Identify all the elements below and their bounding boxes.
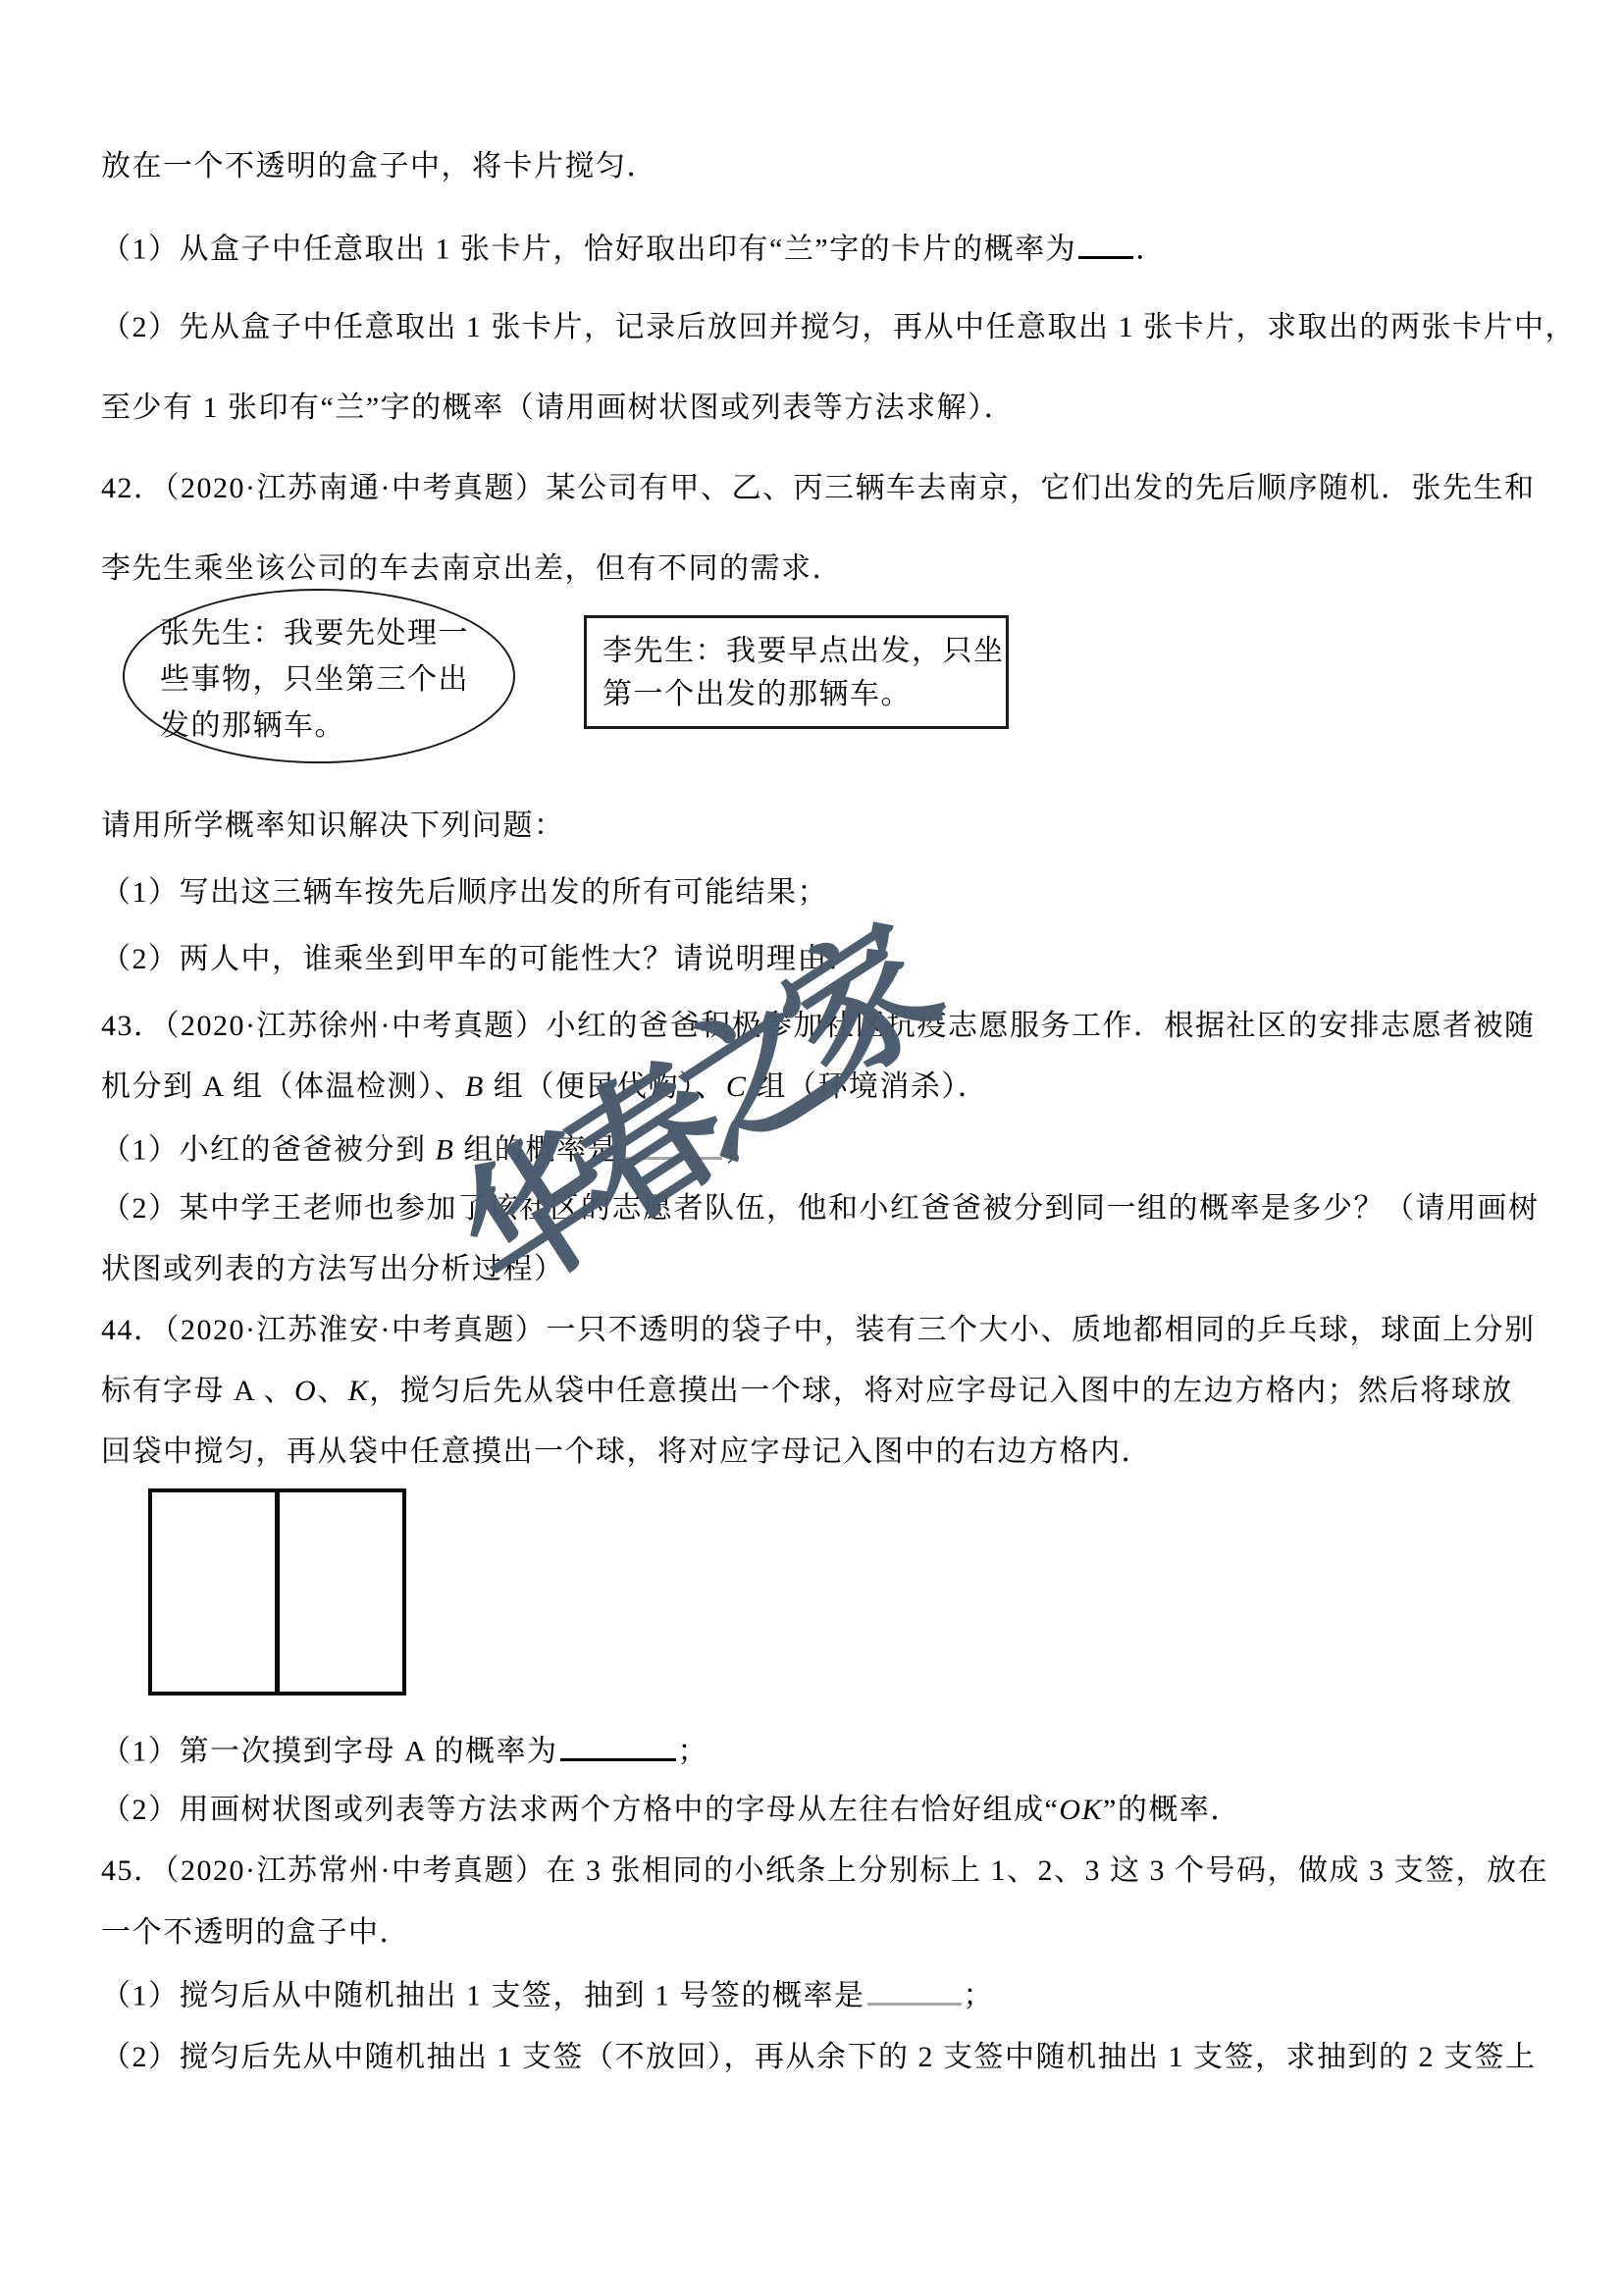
p44-l2-seg: ，搅匀后先从袋中任意摸出一个球，将对应字母记入图中的左边方格内；然后将球放 (369, 1375, 1513, 1407)
p45-header-line: 45．（2020·江苏常州·中考真题）在 3 张相同的小纸条上分别标上 1、2、… (101, 1852, 1548, 1891)
ball-letter-k: K (348, 1375, 370, 1407)
p43-question-2-line1: （2）某中学王老师也参加了该社区的志愿者队伍，他和小红爸爸被分到同一组的概率是多… (101, 1189, 1540, 1228)
group-letter-a: A (203, 1070, 225, 1103)
p44-q1-seg: （1）第一次摸到字母 (101, 1736, 404, 1768)
li-speech-text: 李先生：我要早点出发，只坐第一个出发的那辆车。 (602, 630, 1024, 716)
exam-paper-page: 放在一个不透明的盒子中，将卡片搅匀． （1）从盒子中任意取出 1 张卡片，恰好取… (0, 0, 1623, 2296)
p43-l2-seg: 组（体温检测）、 (224, 1070, 465, 1103)
p44-text-line2: 标有字母 A 、O、K，搅匀后先从袋中任意摸出一个球，将对应字母记入图中的左边方… (101, 1372, 1513, 1411)
p41-q1-period: ． (1135, 234, 1167, 266)
p45-question-2: （2）搅匀后先从中随机抽出 1 支签（不放回），再从余下的 2 支签中随机抽出 … (101, 2038, 1537, 2077)
ball-letter-a: A (404, 1736, 426, 1768)
group-letter-b: B (465, 1070, 485, 1103)
p42-header-line: 42．（2020·江苏南通·中考真题）某公司有甲、乙、丙三辆车去南京，它们出发的… (101, 469, 1535, 508)
p44-question-2: （2）用画树状图或列表等方法求两个方格中的字母从左往右恰好组成“OK”的概率． (101, 1791, 1241, 1830)
p43-l2-seg: 机分到 (101, 1070, 203, 1103)
p44-header-line: 44．（2020·江苏淮安·中考真题）一只不透明的袋子中，装有三个大小、质地都相… (101, 1311, 1535, 1350)
p44-q2-seg: （2）用画树状图或列表等方法求两个方格中的字母从左往右恰好组成“ (101, 1794, 1059, 1826)
two-cell-grid-diagram (148, 1488, 406, 1696)
zhang-speech-bubble: 张先生：我要先处理一些事物，只坐第三个出发的那辆车。 (123, 589, 515, 763)
p45-q1-punct: ； (964, 1980, 995, 2012)
ok-letters: OK (1059, 1794, 1103, 1826)
answer-blank (560, 1730, 676, 1761)
p44-text-line3: 回袋中搅匀，再从袋中任意摸出一个球，将对应字母记入图中的右边方格内． (101, 1433, 1152, 1472)
p43-q1-seg: （1）小红的爸爸被分到 (101, 1134, 436, 1167)
p42-intro-line: 请用所学概率知识解决下列问题： (101, 807, 565, 846)
zhang-speech-text: 张先生：我要先处理一些事物，只坐第三个出发的那辆车。 (160, 610, 496, 749)
answer-blank (1078, 228, 1133, 259)
li-speech-bubble: 李先生：我要早点出发，只坐第一个出发的那辆车。 (584, 615, 1009, 729)
p41-question-2-line2: 至少有 1 张印有“兰”字的概率（请用画树状图或列表等方法求解）． (101, 389, 1015, 428)
p44-l2-seg: 、 (255, 1375, 295, 1407)
p45-text-line2: 一个不透明的盒子中． (101, 1913, 410, 1953)
grid-cell-right (280, 1492, 402, 1692)
p44-l2-seg: 标有字母 (101, 1375, 234, 1407)
ball-letter-a: A (234, 1375, 255, 1407)
p41-q1-text: （1）从盒子中任意取出 1 张卡片，恰好取出印有“兰”字的卡片的概率为 (101, 234, 1076, 266)
p44-question-1: （1）第一次摸到字母 A 的概率为； (101, 1730, 708, 1772)
p42-question-1: （1）写出这三辆车按先后顺序出发的所有可能结果； (101, 873, 828, 913)
p42-text-line2: 李先生乘坐该公司的车去南京出差，但有不同的需求． (101, 549, 843, 589)
p41-text-line: 放在一个不透明的盒子中，将卡片搅匀． (101, 147, 657, 186)
ball-letter-o: O (294, 1375, 317, 1407)
p45-q1-seg: （1）搅匀后从中随机抽出 1 支签，抽到 1 号签的概率是 (101, 1980, 865, 2012)
p41-question-2-line1: （2）先从盒子中任意取出 1 张卡片，记录后放回并搅匀，再从中任意取出 1 张卡… (101, 308, 1576, 347)
p44-q2-seg: ”的概率． (1103, 1794, 1241, 1826)
p44-l2-seg: 、 (317, 1375, 348, 1407)
p44-q1-seg: 的概率为 (426, 1736, 558, 1768)
answer-blank (867, 1974, 962, 2006)
grid-cell-left (152, 1492, 280, 1692)
p45-question-1: （1）搅匀后从中随机抽出 1 支签，抽到 1 号签的概率是； (101, 1974, 994, 2016)
p44-q1-punct: ； (678, 1736, 709, 1768)
p41-question-1: （1）从盒子中任意取出 1 张卡片，恰好取出印有“兰”字的卡片的概率为． (101, 228, 1167, 270)
